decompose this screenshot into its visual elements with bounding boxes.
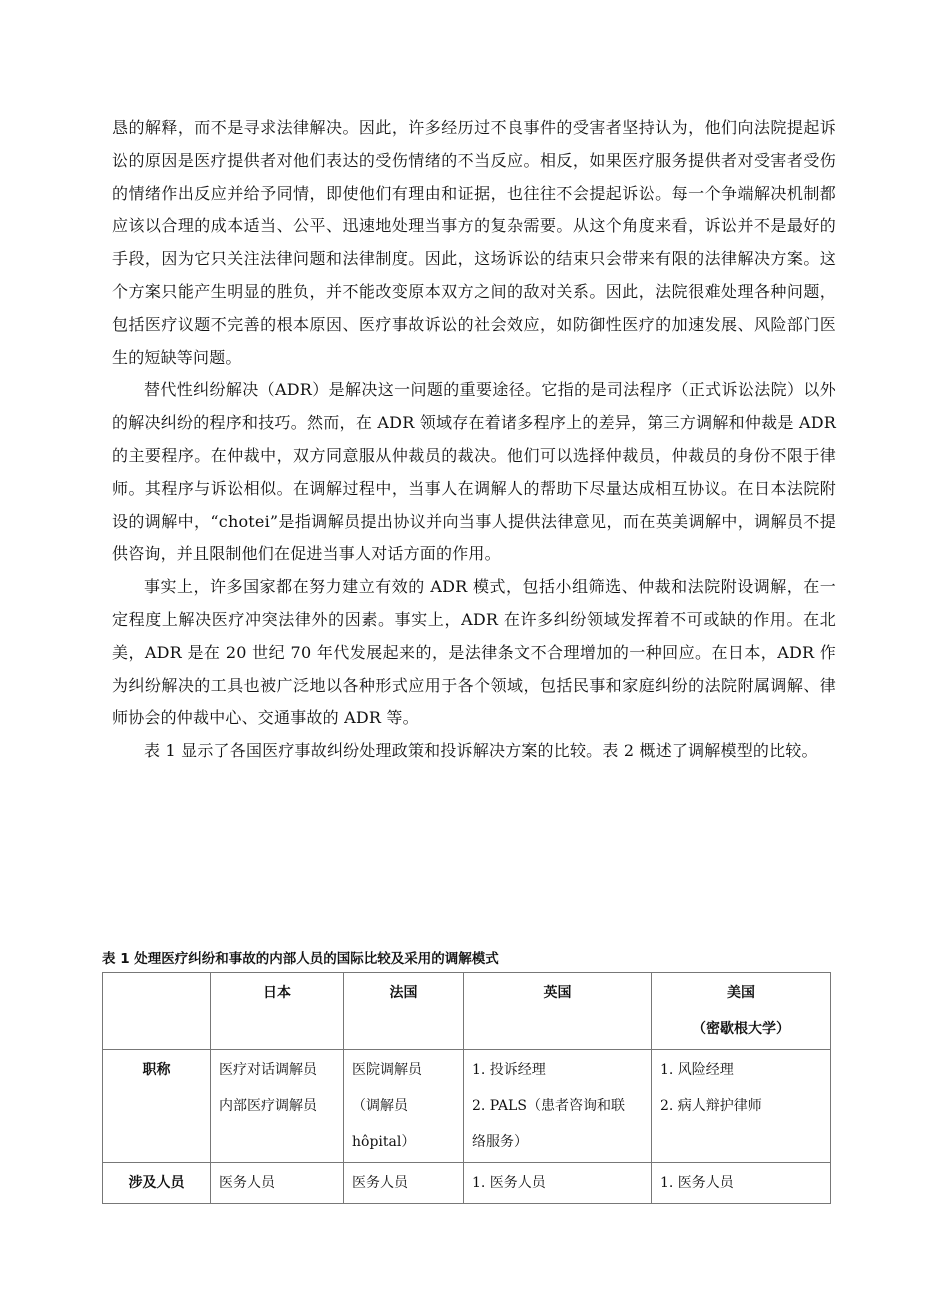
header-uk: 英国 xyxy=(464,973,652,1050)
cell-text: 医务人员 xyxy=(219,1165,335,1201)
paragraph-4: 表 1 显示了各国医疗事故纠纷处理政策和投诉解决方案的比较。表 2 概述了调解模… xyxy=(112,735,836,768)
cell-text: 2. 病人辩护律师 xyxy=(660,1088,822,1124)
body-text: 恳的解释，而不是寻求法律解决。因此，许多经历过不良事件的受害者坚持认为，他们向法… xyxy=(112,112,836,768)
cell-uk-title: 1. 投诉经理 2. PALS（患者咨询和联 络服务） xyxy=(464,1050,652,1163)
table-row-personnel: 涉及人员 医务人员 医务人员 1. 医务人员 1. 医务人员 xyxy=(103,1163,831,1204)
header-usa: 美国 （密歇根大学） xyxy=(652,973,831,1050)
comparison-table: 日本 法国 英国 美国 （密歇根大学） 职称 医疗对话调解员 内部医疗调解员 医… xyxy=(102,972,831,1204)
table-row-title: 职称 医疗对话调解员 内部医疗调解员 医院调解员 （调解员 hôpital） 1… xyxy=(103,1050,831,1163)
header-usa-line2: （密歇根大学） xyxy=(660,1011,822,1047)
cell-text: 1. 医务人员 xyxy=(472,1165,643,1201)
paragraph-2: 替代性纠纷解决（ADR）是解决这一问题的重要途径。它指的是司法程序（正式诉讼法院… xyxy=(112,374,836,571)
cell-uk-personnel: 1. 医务人员 xyxy=(464,1163,652,1204)
header-japan: 日本 xyxy=(211,973,344,1050)
cell-usa-personnel: 1. 医务人员 xyxy=(652,1163,831,1204)
paragraph-1: 恳的解释，而不是寻求法律解决。因此，许多经历过不良事件的受害者坚持认为，他们向法… xyxy=(112,112,836,374)
cell-text: 络服务） xyxy=(472,1124,643,1160)
cell-text: 1. 风险经理 xyxy=(660,1052,822,1088)
header-france: 法国 xyxy=(344,973,464,1050)
cell-france-personnel: 医务人员 xyxy=(344,1163,464,1204)
cell-text: 1. 投诉经理 xyxy=(472,1052,643,1088)
cell-text: 医院调解员 xyxy=(352,1052,455,1088)
row-label-title: 职称 xyxy=(103,1050,211,1163)
document-page: 恳的解释，而不是寻求法律解决。因此，许多经历过不良事件的受害者坚持认为，他们向法… xyxy=(0,0,925,1309)
cell-japan-personnel: 医务人员 xyxy=(211,1163,344,1204)
cell-text: 1. 医务人员 xyxy=(660,1165,822,1201)
row-label-personnel: 涉及人员 xyxy=(103,1163,211,1204)
cell-france-title: 医院调解员 （调解员 hôpital） xyxy=(344,1050,464,1163)
cell-text: 医务人员 xyxy=(352,1165,455,1201)
cell-text: hôpital） xyxy=(352,1124,455,1160)
cell-usa-title: 1. 风险经理 2. 病人辩护律师 xyxy=(652,1050,831,1163)
cell-text: 医疗对话调解员 xyxy=(219,1052,335,1088)
paragraph-3: 事实上，许多国家都在努力建立有效的 ADR 模式，包括小组筛选、仲裁和法院附设调… xyxy=(112,571,836,735)
table-header-row: 日本 法国 英国 美国 （密歇根大学） xyxy=(103,973,831,1050)
cell-japan-title: 医疗对话调解员 内部医疗调解员 xyxy=(211,1050,344,1163)
header-empty xyxy=(103,973,211,1050)
cell-text: 内部医疗调解员 xyxy=(219,1088,335,1124)
header-usa-line1: 美国 xyxy=(660,975,822,1011)
table-caption: 表 1 处理医疗纠纷和事故的内部人员的国际比较及采用的调解模式 xyxy=(102,950,499,968)
cell-text: 2. PALS（患者咨询和联 xyxy=(472,1088,643,1124)
cell-text: （调解员 xyxy=(352,1088,455,1124)
